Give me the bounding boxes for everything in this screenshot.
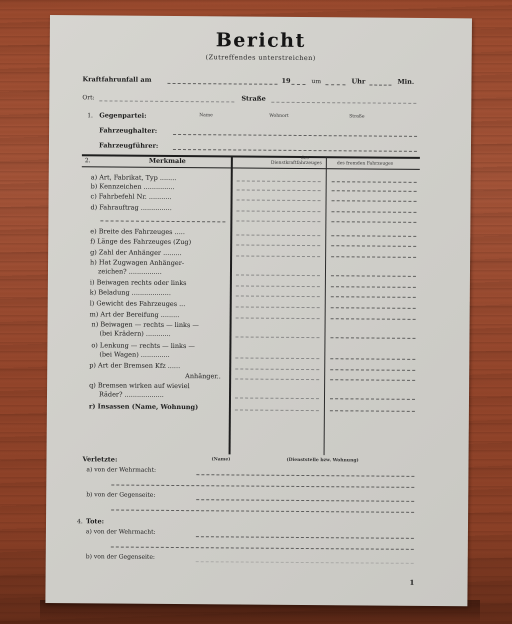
accident-date-label: Kraftfahrunfall am <box>82 75 151 84</box>
other-field-p[interactable] <box>330 369 415 371</box>
table-top-rule <box>82 154 420 158</box>
own-field-f[interactable] <box>236 244 320 246</box>
other-field-b[interactable] <box>332 190 417 192</box>
section3-label: Verletzte: <box>82 455 117 463</box>
injured-wehrmacht-field-2[interactable] <box>111 484 414 487</box>
item-o-cont: (bei Wagen) .............. <box>99 350 169 359</box>
item-d-extra-line <box>100 220 225 222</box>
own-field-r[interactable] <box>235 409 319 411</box>
hour-field[interactable] <box>325 84 345 85</box>
item-h: h) Hat Zugwagen Anhänger- <box>90 258 184 267</box>
other-field-r[interactable] <box>330 410 415 412</box>
place-label: Ort: <box>82 94 94 101</box>
other-field-k[interactable] <box>331 296 416 298</box>
report-form-page: Bericht (Zutreffendes unterstreichen) Kr… <box>45 15 472 606</box>
table-header-rule <box>82 166 420 170</box>
section2-label: Merkmale <box>149 157 186 165</box>
other-field-f[interactable] <box>331 245 416 247</box>
form-subtitle: (Zutreffendes unterstreichen) <box>50 52 472 63</box>
own-field-d[interactable] <box>236 210 320 212</box>
street-field[interactable] <box>271 102 416 104</box>
own-field-c[interactable] <box>237 199 321 201</box>
injured-wehrmacht-label: a) von der Wehrmacht: <box>86 466 156 474</box>
other-field-o[interactable] <box>330 358 415 360</box>
place-field[interactable] <box>99 100 234 102</box>
own-field-a[interactable] <box>237 180 321 182</box>
minutes-label: Min. <box>397 78 414 86</box>
other-field-e[interactable] <box>331 235 416 237</box>
item-o: o) Lenkung — rechts — links — <box>91 341 195 350</box>
other-field-m[interactable] <box>331 318 416 320</box>
own-field-g[interactable] <box>236 255 320 257</box>
dead-wehrmacht-field[interactable] <box>196 536 414 539</box>
own-field-d2[interactable] <box>236 220 320 222</box>
street-label: Straße <box>241 95 265 103</box>
time-at-label: um <box>311 78 321 85</box>
own-field-k[interactable] <box>236 295 320 297</box>
item-k: k) Beladung ................... <box>90 288 171 297</box>
injured-opponent-label: b) von der Gegenseite: <box>86 491 155 499</box>
own-field-i[interactable] <box>236 285 320 287</box>
accident-date-field[interactable] <box>167 83 277 85</box>
item-h-cont: zeichen? ................ <box>98 267 162 276</box>
col-residence-label: Wohnort <box>269 114 289 119</box>
dead-wehrmacht-field-2[interactable] <box>111 546 414 549</box>
other-field-q[interactable] <box>330 398 415 400</box>
item-a: a) Art, Fabrikat, Typ ........ <box>91 173 177 182</box>
dead-opponent-label: b) von der Gegenseite: <box>86 553 155 561</box>
other-field-i[interactable] <box>331 286 416 288</box>
year-prefix: 19 <box>281 77 290 85</box>
column-divider-2 <box>324 157 327 455</box>
other-field-d2[interactable] <box>331 221 416 223</box>
item-p-trailer: Anhänger.. <box>185 372 221 380</box>
section1-number: 1. <box>87 112 93 119</box>
item-q-cont: Räder? ................... <box>99 390 164 399</box>
own-field-e[interactable] <box>236 234 320 236</box>
col-name-label: Name <box>199 113 213 118</box>
section2-number: 2. <box>85 157 91 164</box>
item-i: i) Beiwagen rechts oder links <box>90 278 187 287</box>
owner-label: Fahrzeughalter: <box>99 126 157 134</box>
form-title: Bericht <box>50 28 472 53</box>
minutes-field[interactable] <box>369 85 391 86</box>
own-field-q[interactable] <box>235 397 319 399</box>
injured-wehrmacht-field[interactable] <box>196 474 414 477</box>
own-field-b[interactable] <box>237 189 321 191</box>
column-divider-1 <box>229 156 233 454</box>
other-field-p2[interactable] <box>330 379 415 381</box>
other-field-d[interactable] <box>331 211 416 213</box>
col-own-vehicle: Dienstkraftfahrzeuges <box>271 161 322 166</box>
owner-field[interactable] <box>173 134 417 137</box>
other-field-n[interactable] <box>330 337 415 339</box>
dead-wehrmacht-label: a) von der Wehrmacht: <box>86 528 156 536</box>
injured-col-name: (Name) <box>211 457 230 462</box>
section4-label: Tote: <box>86 517 104 525</box>
other-field-l[interactable] <box>331 307 416 309</box>
injured-opponent-field-2[interactable] <box>111 509 414 512</box>
own-field-h[interactable] <box>236 274 320 276</box>
item-d: d) Fahrauftrag ............... <box>90 203 171 212</box>
own-field-m[interactable] <box>236 317 320 319</box>
other-field-h[interactable] <box>331 275 416 277</box>
own-field-n[interactable] <box>235 336 319 338</box>
item-n: n) Beiwagen — rechts — links — <box>92 320 199 329</box>
driver-label: Fahrzeugführer: <box>99 141 158 149</box>
item-f: f) Länge des Fahrzeuges (Zug) <box>90 237 191 246</box>
other-field-g[interactable] <box>331 256 416 258</box>
own-field-o[interactable] <box>235 357 319 359</box>
item-c: c) Fahrbefehl Nr. ........... <box>91 192 172 201</box>
other-field-c[interactable] <box>332 200 417 202</box>
injured-col-office: (Dienststelle bzw. Wohnung) <box>286 458 358 464</box>
item-e: e) Breite des Fahrzeuges ..... <box>90 227 185 236</box>
section4-number: 4. <box>77 518 83 525</box>
col-other-vehicle: des fremden Fahrzeuges <box>337 161 393 166</box>
year-field[interactable] <box>291 84 305 85</box>
item-r: r) Insassen (Name, Wohnung) <box>89 402 198 411</box>
driver-field[interactable] <box>173 149 417 152</box>
item-l: l) Gewicht des Fahrzeuges ... <box>90 299 186 308</box>
other-field-a[interactable] <box>332 181 417 183</box>
item-n-cont: (bei Krädern) ............ <box>99 329 170 338</box>
item-m: m) Art der Bereifung ......... <box>90 310 180 319</box>
item-g: g) Zahl der Anhänger ......... <box>90 248 182 257</box>
own-field-p[interactable] <box>235 368 319 370</box>
item-b: b) Kennzeichen ............... <box>91 182 175 191</box>
page-number: 1 <box>410 578 415 587</box>
section1-label: Gegenpartei: <box>99 111 146 119</box>
col-street-label: Straße <box>349 114 364 119</box>
injured-opponent-field[interactable] <box>196 499 414 502</box>
dead-opponent-field[interactable] <box>196 561 414 564</box>
hour-label: Uhr <box>351 77 365 85</box>
item-q: q) Bremsen wirken auf wieviel <box>89 381 190 390</box>
own-field-p2[interactable] <box>235 378 319 380</box>
item-p: p) Art der Bremsen Kfz ...... <box>89 361 180 370</box>
own-field-l[interactable] <box>236 306 320 308</box>
